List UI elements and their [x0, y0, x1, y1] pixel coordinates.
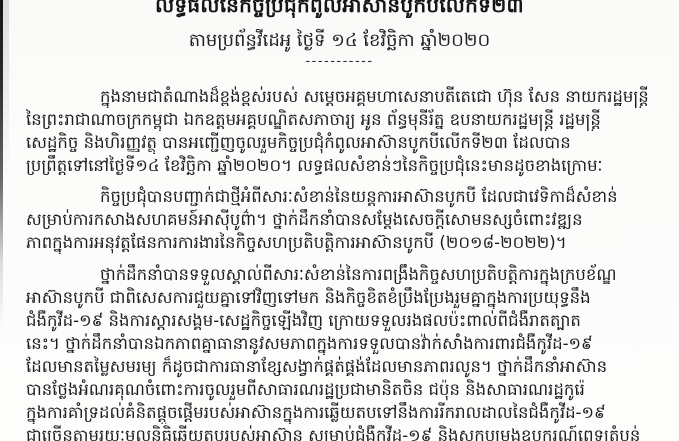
text-line: ថ្នាក់ដឹកនាំបានទទួលស្គាល់ពីសារៈសំខាន់នៃក… [26, 263, 649, 286]
scan-smudge-artifact [3, 0, 9, 200]
text-line: សម្រាប់ការកសាងសហគមន៍អាស៊ីបូព៌ា។ ថ្នាក់ដឹ… [26, 208, 649, 231]
scan-edge-artifact [0, 0, 3, 330]
text-line: ជាច្រើនតាមរយៈមូលនិធិឆ្លើយតបរបស់អាស៊ាន សម… [26, 424, 649, 441]
paragraph-1: ក្នុងនាមជាតំណាងដ៏ខ្ពង់ខ្ពស់របស់ សម្តេចអគ… [26, 85, 649, 177]
text-line: នេះ។ ថ្នាក់ដឹកនាំបានឯកភាពគ្នាធានានូវសមភា… [26, 332, 649, 355]
text-line: នៃព្រះរាជាណាចក្រកម្ពុជា ឯកឧត្តមអគ្គបណ្ឌិ… [26, 108, 649, 131]
document-title: លទ្ធផលនៃកិច្ចប្រជុំកំពូលអាស៊ានបូកបីលើកទី… [10, 0, 669, 18]
text-line: ជំងឺកូវីដ-១៩ និងការស្តារសង្គម-សេដ្ឋកិច្ច… [26, 309, 649, 332]
paragraph-3: ថ្នាក់ដឹកនាំបានទទួលស្គាល់ពីសារៈសំខាន់នៃក… [26, 263, 649, 441]
paragraph-2: កិច្ចប្រជុំបានបញ្ជាក់ជាថ្មីអំពីសារៈសំខាន… [26, 185, 649, 254]
text-line: ភាពក្នុងការអនុវត្តផែនការការងារនៃកិច្ចសហប… [26, 231, 649, 254]
document-body: ក្នុងនាមជាតំណាងដ៏ខ្ពង់ខ្ពស់របស់ សម្តេចអគ… [0, 85, 679, 441]
text-line: សេដ្ឋកិច្ច និងហិរញ្ញវត្ថុ បានអញ្ជើញចូលរួ… [26, 131, 649, 154]
document-page: លទ្ធផលនៃកិច្ចប្រជុំកំពូលអាស៊ានបូកបីលើកទី… [0, 0, 679, 441]
dashed-separator: ----------- [0, 55, 679, 68]
text-line: ដែលមានតម្លៃសមរម្យ ក៏ដូចជាការធានាខ្សែសង្វ… [26, 355, 649, 378]
text-line: ក្នុងការគាំទ្រដល់គំនិតផ្តួចផ្តើមរបស់អាស៊… [26, 401, 649, 424]
document-date-line: តាមប្រព័ន្ធវីដេអូ ថ្ងៃទី ១៤ ខែវិច្ឆិកា ឆ… [10, 27, 669, 54]
text-line: បានថ្លែងអំណរគុណចំពោះការចូលរួមពីសាធារណរដ្… [26, 378, 649, 401]
text-line: កិច្ចប្រជុំបានបញ្ជាក់ជាថ្មីអំពីសារៈសំខាន… [26, 185, 649, 208]
text-line: អាស៊ានបូកបី ជាពិសេសការជួយគ្នាទៅវិញទៅមក ន… [26, 286, 649, 309]
text-line: ប្រព្រឹត្តទៅនៅថ្ងៃទី១៤ ខែវិច្ឆិកា ឆ្នាំ២… [26, 154, 649, 177]
text-line: ក្នុងនាមជាតំណាងដ៏ខ្ពង់ខ្ពស់របស់ សម្តេចអគ… [26, 85, 649, 108]
